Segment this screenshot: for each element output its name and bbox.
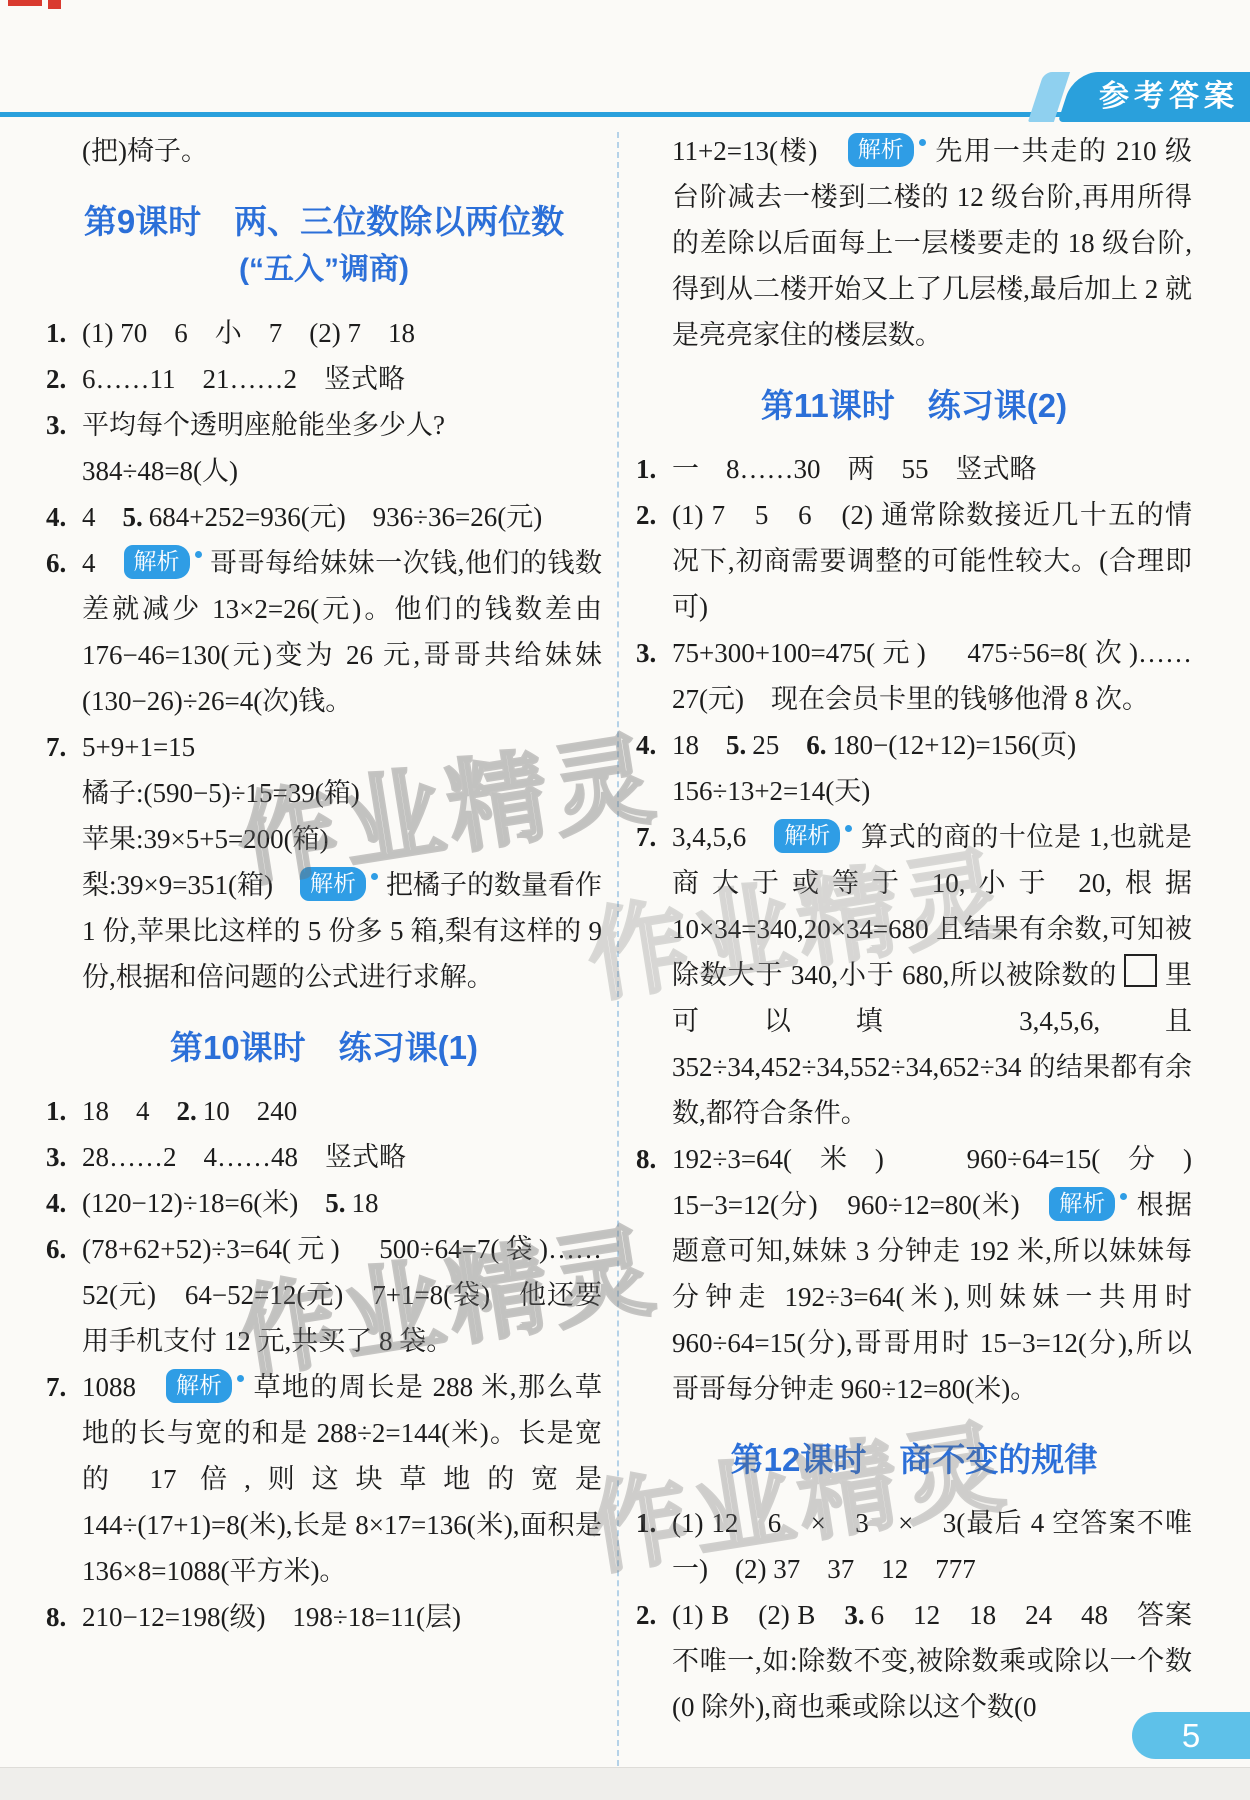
heading-lesson-11: 第11课时 练习课(2) xyxy=(636,384,1192,428)
item-number: 1. xyxy=(46,1088,82,1134)
answer-item: 3.28……2 4……48 竖式略 xyxy=(46,1134,602,1180)
answer-text: 25 xyxy=(752,730,806,760)
answer-text: 苹果:39×5+5=200(箱) xyxy=(82,824,329,854)
answer-item: 2.(1) 7 5 6 (2) 通常除数接近几十五的情况下,初商需要调整的可能性… xyxy=(636,492,1192,630)
page-number: 5 xyxy=(1182,1717,1200,1755)
jiexi-dot xyxy=(919,139,926,146)
answer-text: (1) 70 6 小 7 (2) 7 18 xyxy=(82,318,415,348)
item-number: 2. xyxy=(636,492,672,538)
jiexi-badge: 解析 xyxy=(848,133,914,167)
answer-text: (78+62+52)÷3=64(元) 500÷64=7(袋)……52(元) 64… xyxy=(82,1234,602,1356)
answer-text: 210−12=198(级) 198÷18=11(层) xyxy=(82,1602,461,1632)
answer-text: (120−12)÷18=6(米) xyxy=(82,1188,325,1218)
item-number: 7. xyxy=(46,724,82,770)
header-rule xyxy=(0,112,1096,117)
answer-text: 18 xyxy=(672,730,726,760)
jiexi-dot xyxy=(845,825,852,832)
answer-text: (1) B (2) B xyxy=(672,1600,844,1630)
page-number-badge: 5 xyxy=(1132,1712,1250,1759)
item-number: 6. xyxy=(806,730,826,760)
answer-text: 18 4 xyxy=(82,1096,177,1126)
item-number: 8. xyxy=(636,1136,672,1182)
jiexi-dot xyxy=(195,551,202,558)
analysis-text: 草地的周长是 288 米,那么草地的长与宽的和是 288÷2=144(米)。长是… xyxy=(82,1372,602,1586)
item-number: 2. xyxy=(177,1096,197,1126)
jiexi-badge: 解析 xyxy=(124,545,190,579)
left-column: (把)椅子。 第9课时 两、三位数除以两位数 (“五入”调商) 1.(1) 70… xyxy=(46,128,602,1640)
reference-answers-label: 参考答案 xyxy=(1066,72,1250,122)
item-number: 3. xyxy=(46,402,82,448)
analysis-text: 先用一共走的 210 级台阶减去一楼到二楼的 12 级台阶,再用所得的差除以后面… xyxy=(672,136,1192,350)
item-number: 6. xyxy=(46,1226,82,1272)
item-number: 1. xyxy=(636,446,672,492)
carryover-answer-item: 11+2=13(楼) 解析先用一共走的 210 级台阶减去一楼到二楼的 12 级… xyxy=(636,128,1192,358)
heading-lesson-9: 第9课时 两、三位数除以两位数 (“五入”调商) xyxy=(46,200,602,292)
answer-text: 梨:39×9=351(箱) xyxy=(82,870,300,900)
heading-lesson-9-line1: 第9课时 两、三位数除以两位数 xyxy=(84,203,564,240)
jiexi-badge: 解析 xyxy=(300,867,366,901)
right-column: 11+2=13(楼) 解析先用一共走的 210 级台阶减去一楼到二楼的 12 级… xyxy=(636,128,1192,1730)
answer-item: 8.210−12=198(级) 198÷18=11(层) xyxy=(46,1594,602,1640)
jiexi-badge: 解析 xyxy=(1049,1187,1115,1221)
answer-text: 28……2 4……48 竖式略 xyxy=(82,1142,406,1172)
answer-item: 4.4 5.684+252=936(元) 936÷36=26(元) xyxy=(46,494,602,540)
analysis-text: 根据题意可知,妹妹 3 分钟走 192 米,所以妹妹每分钟走 192÷3=64(… xyxy=(672,1190,1192,1404)
answer-item: 1.18 4 2.10 240 xyxy=(46,1088,602,1134)
answer-text: 平均每个透明座舱能坐多少人? xyxy=(82,410,445,440)
workbook-answer-page: 参考答案 作业精灵 作业精灵 作业精灵 作业精灵 (把)椅子。 第9课时 两、三… xyxy=(0,0,1250,1800)
item-number: 5. xyxy=(123,502,143,532)
jiexi-dot xyxy=(237,1375,244,1382)
answer-text: 4 xyxy=(82,502,123,532)
item-number: 3. xyxy=(46,1134,82,1180)
item-number: 7. xyxy=(636,814,672,860)
answer-item: 7.3,4,5,6 解析算式的商的十位是 1,也就是商大于或等于 10,小于 2… xyxy=(636,814,1192,1136)
answer-text: 10 240 xyxy=(203,1096,298,1126)
blank-box xyxy=(1124,954,1157,987)
scan-artifact xyxy=(8,0,42,6)
answer-text: 156÷13+2=14(天) xyxy=(672,776,870,806)
answer-text: 180−(12+12)=156(页) xyxy=(833,730,1077,760)
answer-item: 2.6……11 21……2 竖式略 xyxy=(46,356,602,402)
answer-text: 11+2=13(楼) xyxy=(672,136,848,166)
reference-answers-badge: 参考答案 xyxy=(1058,72,1250,122)
item-number: 3. xyxy=(844,1600,864,1630)
answer-text: 4 xyxy=(82,548,124,578)
item-number: 2. xyxy=(636,1592,672,1638)
scan-artifact xyxy=(48,0,61,9)
item-number: 8. xyxy=(46,1594,82,1640)
answer-text: 684+252=936(元) 936÷36=26(元) xyxy=(149,502,542,532)
answer-text: 384÷48=8(人) xyxy=(82,456,238,486)
item-number: 7. xyxy=(46,1364,82,1410)
answer-item: 3.平均每个透明座舱能坐多少人? 384÷48=8(人) xyxy=(46,402,602,494)
item-number: 1. xyxy=(46,310,82,356)
answer-item: 4.18 5.25 6.180−(12+12)=156(页) 156÷13+2=… xyxy=(636,722,1192,814)
item-number: 4. xyxy=(46,1180,82,1226)
answer-text: 5+9+1=15 xyxy=(82,732,195,762)
heading-lesson-9-line2: (“五入”调商) xyxy=(46,248,602,292)
answer-text: 橘子:(590−5)÷15=39(箱) xyxy=(82,778,360,808)
jiexi-badge: 解析 xyxy=(774,819,840,853)
answer-text: 75+300+100=475(元) 475÷56=8(次)……27(元) 现在会… xyxy=(672,638,1192,714)
answer-item: 8.192÷3=64(米) 960÷64=15(分) 15−3=12(分) 96… xyxy=(636,1136,1192,1412)
page-bottom-edge xyxy=(0,1767,1250,1800)
answer-text: (1) 12 6 × 3 × 3(最后 4 空答案不唯一) (2) 37 37 … xyxy=(672,1508,1192,1584)
carryover-answer-text: (把)椅子。 xyxy=(46,128,602,174)
item-number: 2. xyxy=(46,356,82,402)
item-number: 1. xyxy=(636,1500,672,1546)
answer-item: 6.(78+62+52)÷3=64(元) 500÷64=7(袋)……52(元) … xyxy=(46,1226,602,1364)
answer-text: 3,4,5,6 xyxy=(672,822,774,852)
answer-text: 6……11 21……2 竖式略 xyxy=(82,364,405,394)
item-number: 3. xyxy=(636,630,672,676)
item-number: 5. xyxy=(325,1188,345,1218)
heading-lesson-12: 第12课时 商不变的规律 xyxy=(636,1438,1192,1482)
heading-lesson-10: 第10课时 练习课(1) xyxy=(46,1026,602,1070)
answer-item: 7.1088 解析草地的周长是 288 米,那么草地的长与宽的和是 288÷2=… xyxy=(46,1364,602,1594)
jiexi-dot xyxy=(371,873,378,880)
answer-item: 1.(1) 12 6 × 3 × 3(最后 4 空答案不唯一) (2) 37 3… xyxy=(636,1500,1192,1592)
item-number: 6. xyxy=(46,540,82,586)
answer-text: (1) 7 5 6 (2) 通常除数接近几十五的情况下,初商需要调整的可能性较大… xyxy=(672,500,1192,622)
answer-text: 1088 xyxy=(82,1372,166,1402)
answer-item: 1.(1) 70 6 小 7 (2) 7 18 xyxy=(46,310,602,356)
answer-item: 4.(120−12)÷18=6(米) 5.18 xyxy=(46,1180,602,1226)
answer-item: 2.(1) B (2) B 3.6 12 18 24 48 答案不唯一,如:除数… xyxy=(636,1592,1192,1730)
item-number: 4. xyxy=(46,494,82,540)
column-divider xyxy=(617,132,619,1776)
answer-item: 3.75+300+100=475(元) 475÷56=8(次)……27(元) 现… xyxy=(636,630,1192,722)
answer-item: 7.5+9+1=15 橘子:(590−5)÷15=39(箱) 苹果:39×5+5… xyxy=(46,724,602,1000)
answer-item: 1.一 8……30 两 55 竖式略 xyxy=(636,446,1192,492)
item-number: 5. xyxy=(726,730,746,760)
jiexi-badge: 解析 xyxy=(166,1369,232,1403)
item-number: 4. xyxy=(636,722,672,768)
answer-text: 一 8……30 两 55 竖式略 xyxy=(672,454,1037,484)
answer-text: 18 xyxy=(352,1188,379,1218)
answer-item: 6.4 解析哥哥每给妹妹一次钱,他们的钱数差就减少 13×2=26(元)。他们的… xyxy=(46,540,602,724)
jiexi-dot xyxy=(1120,1193,1127,1200)
